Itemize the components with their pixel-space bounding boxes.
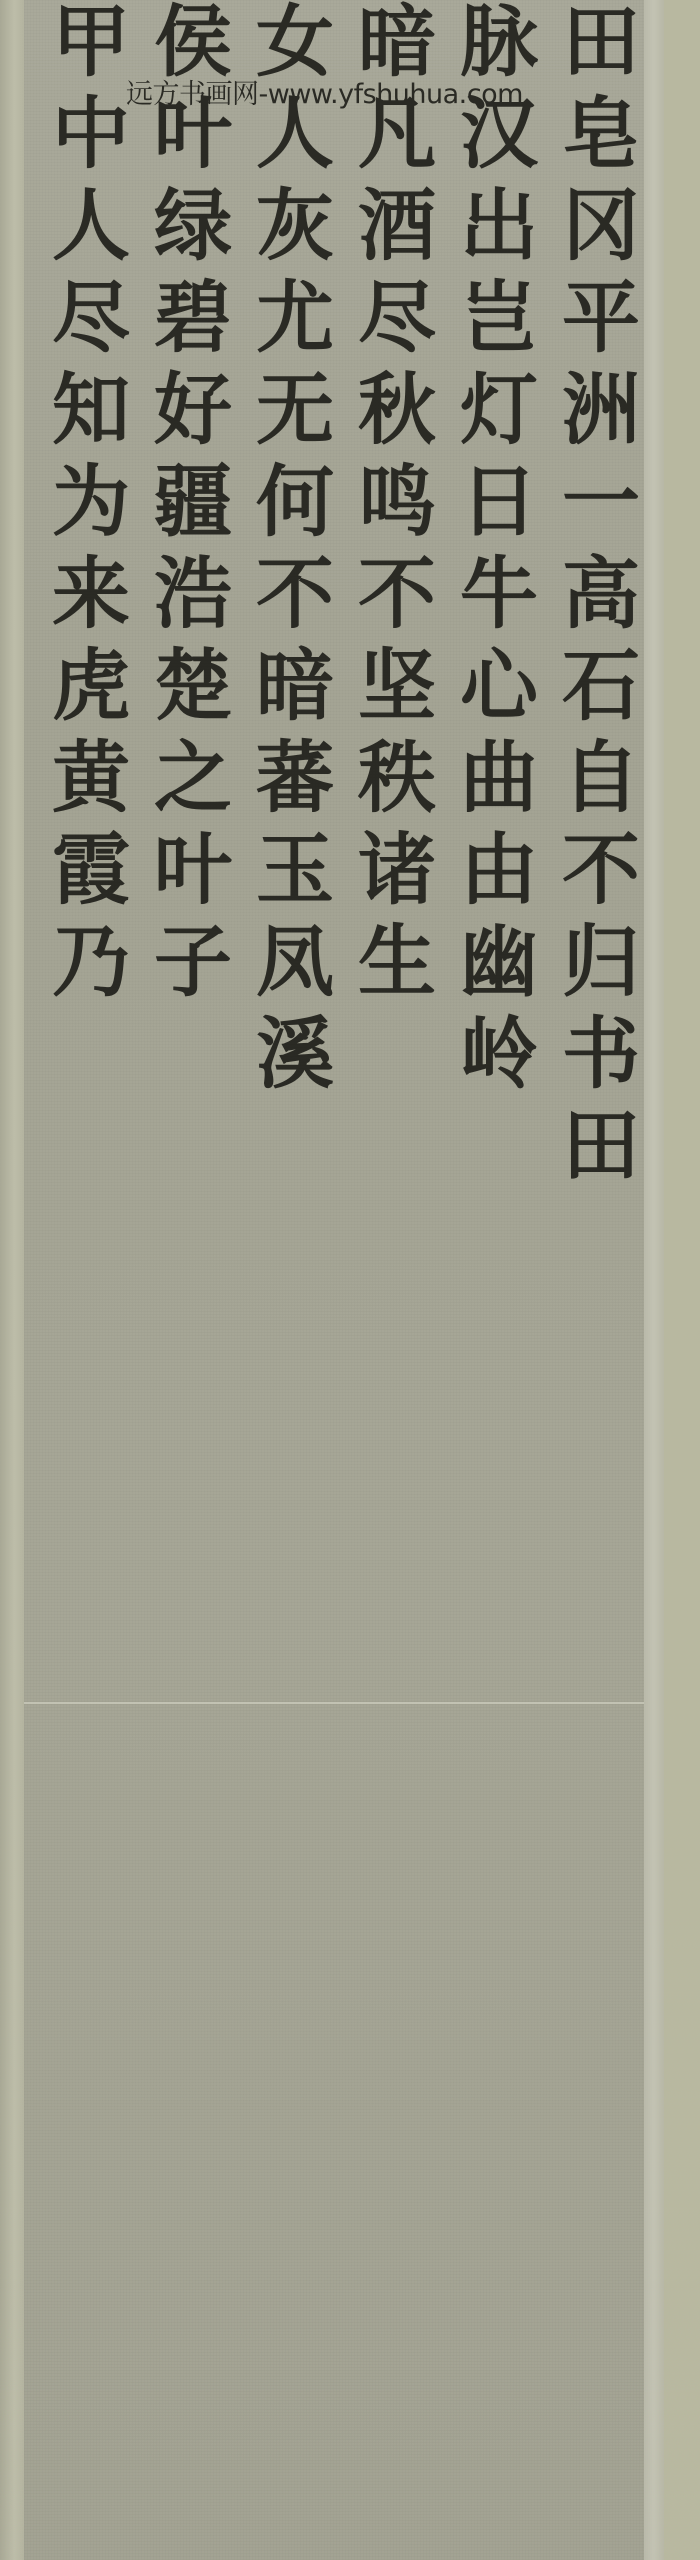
right-silk-edge	[644, 0, 664, 2560]
right-mounting-border	[664, 0, 700, 2560]
calligraphy-column-1: 田皂冈平洲一高石自不归书田	[544, 0, 644, 2560]
calligraphy-column-2: 脉汉出岂灯日牛心曲由幽岭	[442, 0, 542, 2560]
left-mounting-border	[0, 0, 24, 2560]
watermark-text: 远方书画网-www.yfshuhua.com	[126, 72, 523, 111]
calligraphy-column-6: 甲中人尽知为来虎黄霞乃	[34, 0, 134, 2560]
calligraphy-text-area: 田皂冈平洲一高石自不归书田 脉汉出岂灯日牛心曲由幽岭 暗凡酒尽秋鸣不坚秩诸生 女…	[24, 0, 644, 2560]
calligraphy-column-3: 暗凡酒尽秋鸣不坚秩诸生	[340, 0, 440, 2560]
calligraphy-column-5: 侯叶绿碧好疆浩楚之叶子	[136, 0, 236, 2560]
calligraphy-column-4: 女人灰尤无何不暗蕃玉凤溪	[238, 0, 338, 2560]
